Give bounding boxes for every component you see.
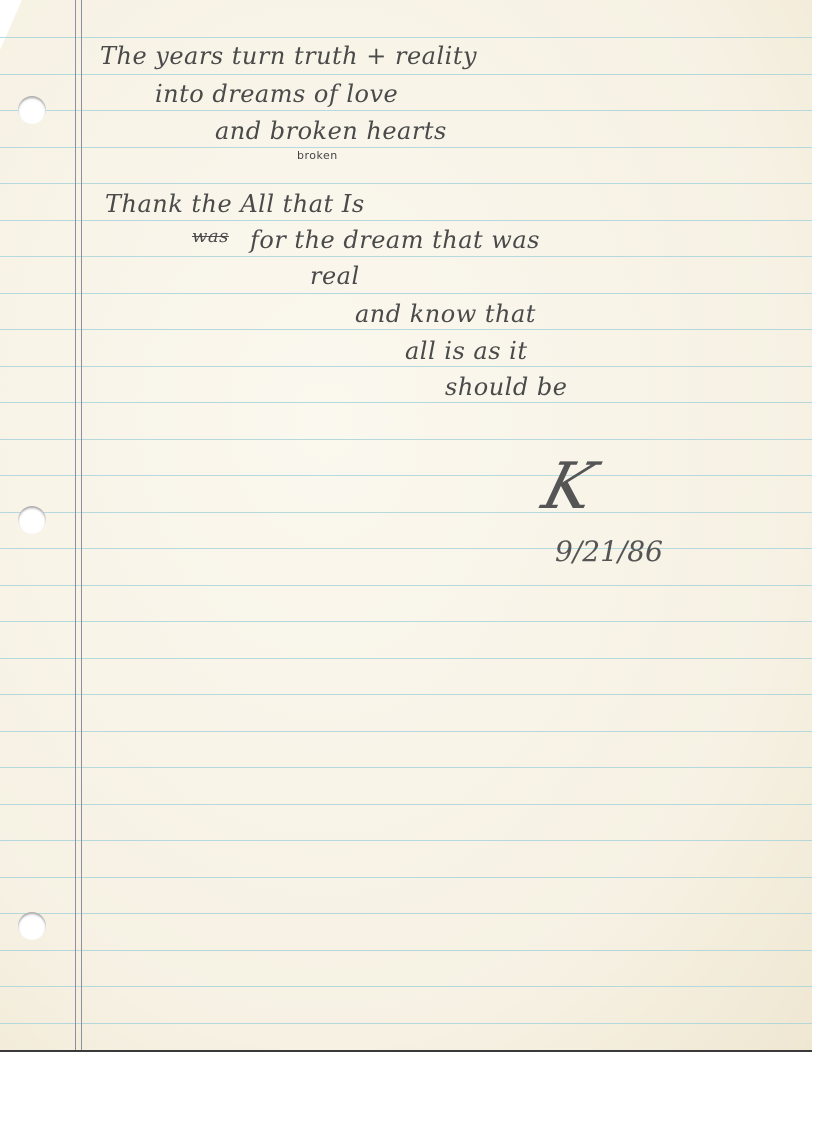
binder-hole-top (18, 96, 46, 124)
ruled-line (0, 220, 812, 221)
poem-line-2: into dreams of love (155, 80, 398, 108)
ruled-line (0, 804, 812, 805)
ruled-line (0, 621, 812, 622)
ruled-line (0, 694, 812, 695)
margin-line-right (81, 0, 82, 1050)
ruled-line (0, 986, 812, 987)
poem-line-8: all is as it (405, 337, 527, 365)
ruled-line (0, 475, 812, 476)
struck-word: was (192, 226, 229, 247)
ruled-line (0, 585, 812, 586)
ruled-line (0, 329, 812, 330)
signature-date: 9/21/86 (555, 535, 663, 568)
ruled-line (0, 147, 812, 148)
poem-line-9: should be (445, 373, 567, 401)
poem-line-3: and broken hearts (215, 117, 447, 145)
ruled-line (0, 658, 812, 659)
correction-note: broken (297, 149, 338, 162)
ruled-line (0, 366, 812, 367)
ruled-line (0, 256, 812, 257)
margin-line-left (75, 0, 76, 1050)
torn-corner (0, 0, 22, 50)
ruled-line (0, 293, 812, 294)
ruled-line (0, 512, 812, 513)
binder-hole-middle (18, 506, 46, 534)
poem-line-5: for the dream that was (250, 226, 540, 254)
poem-line-4: Thank the All that Is (105, 190, 365, 218)
binder-hole-bottom (18, 912, 46, 940)
ruled-line (0, 1023, 812, 1024)
ruled-line (0, 439, 812, 440)
ruled-line (0, 183, 812, 184)
ruled-line (0, 913, 812, 914)
ruled-line (0, 110, 812, 111)
notebook-page: The years turn truth + reality into drea… (0, 0, 812, 1052)
ruled-line (0, 767, 812, 768)
ruled-line (0, 37, 812, 38)
ruled-line (0, 840, 812, 841)
poem-line-1: The years turn truth + reality (100, 42, 477, 70)
ruled-line (0, 877, 812, 878)
ruled-line (0, 548, 812, 549)
poem-line-7: and know that (355, 300, 536, 328)
ruled-line (0, 402, 812, 403)
ruled-line (0, 731, 812, 732)
poem-line-6: real (310, 262, 360, 290)
ruled-line (0, 950, 812, 951)
ruled-line (0, 74, 812, 75)
